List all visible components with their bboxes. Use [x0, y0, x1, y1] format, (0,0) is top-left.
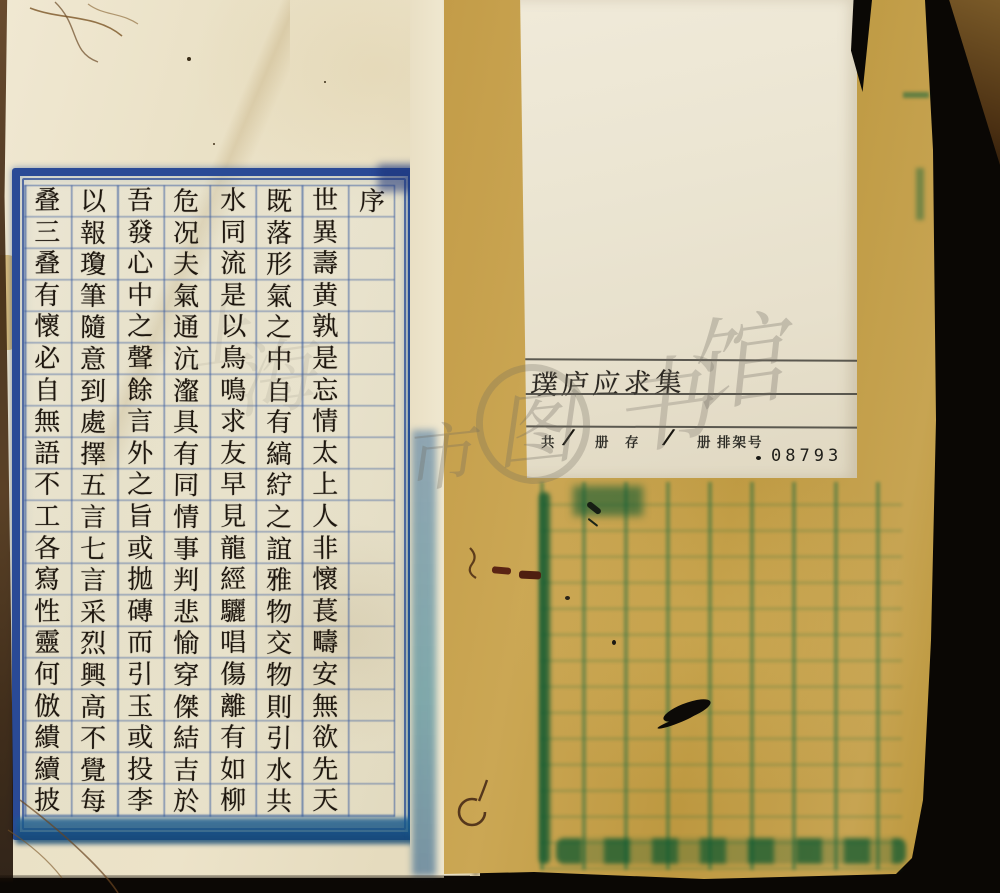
manuscript-char-cell: 言 — [70, 565, 117, 597]
manuscript-column: 叠三叠有懷必自無語不工各寫性靈何倣繢續披 — [24, 185, 70, 817]
manuscript-char-cell — [348, 660, 395, 692]
manuscript-char-cell — [348, 470, 395, 502]
manuscript-char-cell: 心 — [117, 248, 164, 280]
label-volume: 册 — [697, 431, 711, 451]
manuscript-char-cell: 意 — [70, 344, 117, 376]
manuscript-char-cell — [348, 280, 395, 312]
manuscript-char-cell: 不 — [70, 723, 117, 755]
manuscript-char-cell: 事 — [163, 533, 210, 565]
manuscript-char-cell: 交 — [256, 628, 303, 660]
manuscript-char-cell: 於 — [163, 786, 210, 818]
manuscript-char-cell: 通 — [163, 312, 210, 344]
manuscript-char-cell: 瓊 — [70, 249, 117, 281]
manuscript-char-cell: 投 — [117, 753, 164, 785]
manuscript-char-cell — [348, 502, 395, 534]
manuscript-char-cell: 三 — [24, 216, 71, 248]
manuscript-char-cell: 五 — [70, 470, 117, 502]
manuscript-char-cell: 愉 — [163, 628, 210, 660]
manuscript-char-cell: 擇 — [70, 438, 117, 470]
manuscript-column: 水同流是以鳥鳴求友早見龍經驪唱傷離有如柳 — [210, 185, 256, 817]
manuscript-column: 危况夫氣通沆瀣具有同情事判悲愉穿傑結吉於 — [163, 185, 209, 817]
manuscript-char-cell — [348, 596, 395, 628]
manuscript-char-cell: 則 — [256, 691, 303, 723]
manuscript-char-cell: 拋 — [117, 564, 164, 596]
manuscript-char-cell: 非 — [302, 532, 349, 564]
manuscript-char-cell: 之 — [256, 312, 303, 344]
manuscript-char-cell: 縞 — [256, 438, 303, 470]
left-page: 序世異壽黄孰是忘情太上人非懷萇疇安無欲先天既落形氣之中自有縞紵之誼雅物交物則引水… — [0, 0, 444, 878]
manuscript-char-cell: 七 — [70, 533, 117, 565]
manuscript-char-cell: 有 — [24, 280, 71, 312]
manuscript-char-cell: 是 — [302, 343, 349, 375]
ink-dot — [612, 640, 616, 645]
green-mark — [903, 92, 929, 98]
manuscript-char-cell: 采 — [70, 596, 117, 628]
manuscript-char-cell: 况 — [163, 217, 210, 249]
manuscript-char-cell: 氣 — [163, 280, 210, 312]
manuscript-char-cell: 玉 — [117, 690, 164, 722]
manuscript-char-cell: 或 — [117, 722, 164, 754]
manuscript-char-cell: 聲 — [117, 343, 164, 375]
manuscript-char-cell: 瀣 — [163, 375, 210, 407]
manuscript-column: 序 — [349, 185, 395, 817]
manuscript-char-cell: 雅 — [256, 565, 303, 597]
manuscript-char-cell: 筆 — [70, 280, 117, 312]
manuscript-char-cell: 中 — [117, 280, 164, 312]
manuscript-char-cell: 磚 — [117, 596, 164, 628]
manuscript-char-cell — [348, 691, 395, 723]
manuscript-char-cell: 語 — [24, 438, 71, 470]
manuscript-grid-frame: 序世異壽黄孰是忘情太上人非懷萇疇安無欲先天既落形氣之中自有縞紵之誼雅物交物則引水… — [12, 168, 416, 840]
manuscript-char-cell: 覺 — [70, 754, 117, 786]
manuscript-column: 以報瓊筆隨意到處擇五言七言采烈興高不覺每 — [70, 185, 116, 817]
manuscript-char-cell: 紵 — [256, 470, 303, 502]
manuscript-char-cell: 吉 — [163, 754, 210, 786]
manuscript-char-cell: 興 — [70, 660, 117, 692]
manuscript-char-cell: 孰 — [302, 311, 349, 343]
manuscript-char-cell: 而 — [117, 627, 164, 659]
manuscript-char-cell: 見 — [209, 501, 256, 533]
manuscript-char-cell — [348, 344, 395, 376]
manuscript-char-cell: 黄 — [302, 280, 349, 312]
manuscript-char-cell: 以 — [209, 311, 256, 343]
manuscript-char-cell: 倣 — [24, 690, 71, 722]
manuscript-char-cell: 隨 — [70, 312, 117, 344]
manuscript-char-cell: 烈 — [70, 628, 117, 660]
manuscript-char-cell — [348, 312, 395, 344]
manuscript-char-cell — [348, 217, 395, 249]
manuscript-char-cell: 危 — [163, 186, 210, 218]
manuscript-char-cell: 欲 — [302, 722, 349, 754]
manuscript-char-cell: 氣 — [256, 280, 303, 312]
manuscript-column: 吾發心中之聲餘言外之旨或拋磚而引玉或投李 — [117, 185, 163, 817]
manuscript-char-cell: 求 — [209, 406, 256, 438]
ink-dot — [565, 596, 570, 600]
manuscript-char-cell: 異 — [302, 216, 349, 248]
manuscript-char-cell: 物 — [256, 660, 303, 692]
manuscript-char-cell: 發 — [117, 216, 164, 248]
manuscript-char-cell: 悲 — [163, 596, 210, 628]
manuscript-char-cell: 上 — [302, 469, 349, 501]
manuscript-char-cell: 鳥 — [209, 343, 256, 375]
manuscript-char-cell — [348, 723, 395, 755]
green-grid-stamp — [540, 482, 902, 870]
manuscript-char-cell — [348, 628, 395, 660]
manuscript-char-cell: 無 — [302, 690, 349, 722]
manuscript-char-cell: 情 — [302, 406, 349, 438]
manuscript-char-cell: 判 — [163, 565, 210, 597]
label-stored: 存 — [625, 431, 639, 451]
manuscript-char-cell: 鳴 — [209, 374, 256, 406]
manuscript-char-cell: 言 — [70, 502, 117, 534]
binding-knot-mark — [519, 570, 541, 579]
manuscript-char-cell: 性 — [24, 596, 71, 628]
manuscript-char-cell: 早 — [209, 469, 256, 501]
manuscript-char-cell: 同 — [209, 216, 256, 248]
manuscript-char-cell: 引 — [117, 659, 164, 691]
manuscript-char-cell: 友 — [209, 438, 256, 470]
manuscript-char-cell: 無 — [24, 406, 71, 438]
manuscript-char-cell: 沆 — [163, 344, 210, 376]
manuscript-char-cell — [348, 375, 395, 407]
ink-specks — [187, 57, 191, 61]
manuscript-char-cell: 懷 — [24, 311, 71, 343]
manuscript-column: 世異壽黄孰是忘情太上人非懷萇疇安無欲先天 — [302, 185, 348, 817]
manuscript-char-cell: 有 — [163, 438, 210, 470]
manuscript-char-cell: 有 — [256, 407, 303, 439]
manuscript-char-cell: 是 — [209, 280, 256, 312]
manuscript-char-cell: 言 — [117, 406, 164, 438]
manuscript-char-cell — [348, 407, 395, 439]
manuscript-char-cell: 流 — [209, 248, 256, 280]
manuscript-char-cell: 天 — [302, 785, 349, 817]
manuscript-char-cell: 中 — [256, 344, 303, 376]
manuscript-char-cell: 如 — [209, 753, 256, 785]
manuscript-char-cell: 續 — [24, 753, 71, 785]
green-mark — [916, 168, 924, 220]
green-ink-blob — [573, 486, 643, 516]
manuscript-char-cell: 到 — [70, 375, 117, 407]
manuscript-char-cell: 自 — [24, 374, 71, 406]
manuscript-char-cell: 靈 — [24, 627, 71, 659]
green-grid-heavy-line — [539, 492, 550, 864]
manuscript-char-cell: 水 — [209, 185, 256, 217]
manuscript-char-cell: 龍 — [209, 532, 256, 564]
manuscript-char-cell — [348, 565, 395, 597]
manuscript-char-cell: 唱 — [209, 627, 256, 659]
manuscript-char-cell — [348, 533, 395, 565]
manuscript-text: 序世異壽黄孰是忘情太上人非懷萇疇安無欲先天既落形氣之中自有縞紵之誼雅物交物則引水… — [24, 185, 395, 817]
manuscript-char-cell: 誼 — [256, 533, 303, 565]
manuscript-char-cell: 具 — [163, 407, 210, 439]
handwritten-slash: / — [663, 425, 674, 450]
manuscript-char-cell: 離 — [209, 690, 256, 722]
manuscript-char-cell — [348, 249, 395, 281]
manuscript-char-cell: 穿 — [163, 660, 210, 692]
manuscript-char-cell: 太 — [302, 438, 349, 470]
manuscript-char-cell: 外 — [117, 438, 164, 470]
manuscript-char-cell — [348, 786, 395, 818]
manuscript-char-cell: 安 — [302, 659, 349, 691]
manuscript-char-cell: 既 — [256, 186, 303, 218]
green-grid-bottom-smudge — [556, 838, 906, 864]
manuscript-char-cell: 吾 — [117, 185, 164, 217]
manuscript-char-cell: 之 — [117, 311, 164, 343]
manuscript-char-cell: 李 — [117, 785, 164, 817]
call-number: 08793 — [771, 446, 842, 466]
manuscript-char-cell: 寫 — [24, 564, 71, 596]
manuscript-char-cell: 叠 — [24, 185, 71, 217]
cover-corner — [938, 0, 1000, 165]
manuscript-char-cell: 高 — [70, 691, 117, 723]
manuscript-char-cell: 處 — [70, 407, 117, 439]
manuscript-char-cell: 形 — [256, 249, 303, 281]
manuscript-char-cell: 各 — [24, 532, 71, 564]
manuscript-char-cell: 餘 — [117, 374, 164, 406]
manuscript-char-cell: 世 — [302, 185, 349, 217]
manuscript-char-cell: 落 — [256, 217, 303, 249]
manuscript-char-cell: 忘 — [302, 374, 349, 406]
manuscript-char-cell: 懷 — [302, 564, 349, 596]
book-scan: 序世異壽黄孰是忘情太上人非懷萇疇安無欲先天既落形氣之中自有縞紵之誼雅物交物則引水… — [0, 0, 1000, 893]
manuscript-char-cell — [348, 754, 395, 786]
manuscript-column: 既落形氣之中自有縞紵之誼雅物交物則引水共 — [256, 185, 302, 817]
manuscript-char-cell: 自 — [256, 375, 303, 407]
manuscript-char-cell: 共 — [256, 786, 303, 818]
manuscript-char-cell: 或 — [117, 532, 164, 564]
manuscript-char-cell: 以 — [70, 186, 117, 218]
manuscript-char-cell: 水 — [256, 754, 303, 786]
manuscript-char-cell: 結 — [163, 723, 210, 755]
manuscript-char-cell: 驪 — [209, 596, 256, 628]
manuscript-char-cell: 情 — [163, 502, 210, 534]
manuscript-char-cell: 報 — [70, 217, 117, 249]
manuscript-char-cell: 經 — [209, 564, 256, 596]
manuscript-char-cell: 傷 — [209, 659, 256, 691]
gutter-ink-bleed — [412, 430, 436, 876]
manuscript-char-cell: 叠 — [24, 248, 71, 280]
manuscript-char-cell: 之 — [256, 502, 303, 534]
manuscript-char-cell: 何 — [24, 659, 71, 691]
manuscript-char-cell: 人 — [302, 501, 349, 533]
manuscript-char-cell: 傑 — [163, 691, 210, 723]
manuscript-char-cell: 旨 — [117, 501, 164, 533]
manuscript-char-cell: 之 — [117, 469, 164, 501]
manuscript-char-cell — [348, 438, 395, 470]
manuscript-char-cell: 柳 — [209, 785, 256, 817]
label-volume: 册 — [595, 431, 609, 451]
manuscript-char-cell: 壽 — [302, 248, 349, 280]
manuscript-char-cell: 同 — [163, 470, 210, 502]
manuscript-char-cell: 必 — [24, 343, 71, 375]
manuscript-char-cell: 引 — [256, 723, 303, 755]
manuscript-char-cell: 物 — [256, 596, 303, 628]
label-shelf-number: 排架号 — [717, 431, 764, 451]
manuscript-char-cell: 先 — [302, 753, 349, 785]
manuscript-char-cell: 有 — [209, 722, 256, 754]
manuscript-char-cell: 萇 — [302, 596, 349, 628]
manuscript-char-cell: 疇 — [302, 627, 349, 659]
manuscript-char-cell: 夫 — [163, 249, 210, 281]
stamp-dot — [756, 456, 761, 460]
manuscript-char-cell: 不 — [24, 469, 71, 501]
manuscript-char-cell: 繢 — [24, 722, 71, 754]
manuscript-char-cell: 每 — [70, 786, 117, 818]
manuscript-char-cell: 工 — [24, 501, 71, 533]
